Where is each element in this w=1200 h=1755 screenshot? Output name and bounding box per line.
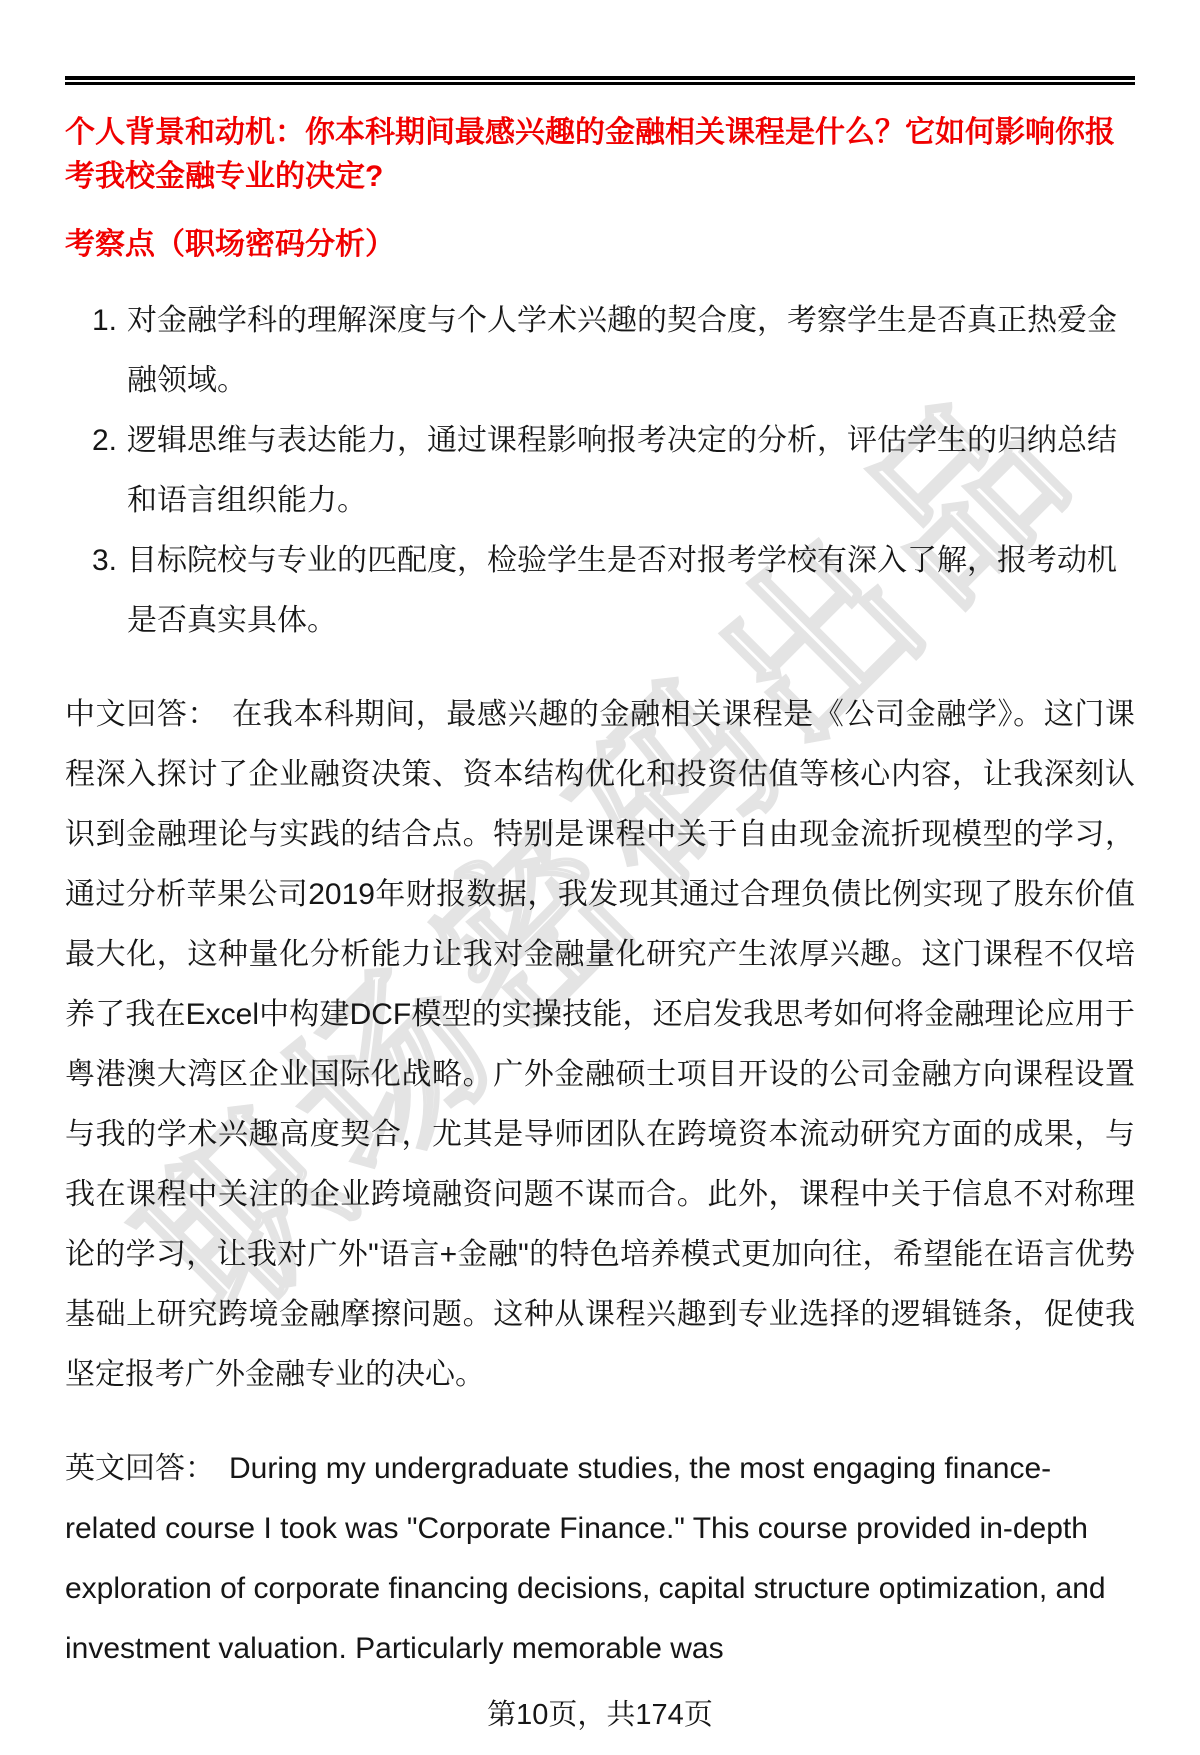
point-number: 2. — [92, 411, 117, 471]
question-title: 个人背景和动机：你本科期间最感兴趣的金融相关课程是什么？它如何影响你报考我校金融… — [65, 111, 1135, 199]
point-text: 目标院校与专业的匹配度，检验学生是否对报考学校有深入了解，报考动机是否真实具体。 — [127, 544, 1117, 637]
page-footer: 第10页，共174页 — [0, 1692, 1200, 1733]
point-number: 3. — [92, 531, 117, 591]
document-page: { "page": { "watermark": "职场密码出品", "ques… — [0, 0, 1200, 1755]
chinese-answer-text: 在我本科期间，最感兴趣的金融相关课程是《公司金融学》。这门课程深入探讨了企业融资… — [65, 698, 1135, 1391]
assessment-point-item: 2. 逻辑思维与表达能力，通过课程影响报考决定的分析，评估学生的归纳总结和语言组… — [65, 411, 1135, 531]
assessment-point-item: 1. 对金融学科的理解深度与个人学术兴趣的契合度，考察学生是否真正热爱金融领域。 — [65, 291, 1135, 411]
header-rule — [65, 76, 1135, 85]
point-number: 1. — [92, 291, 117, 351]
section-heading: 考察点（职场密码分析） — [65, 223, 1135, 267]
page-content: 个人背景和动机：你本科期间最感兴趣的金融相关课程是什么？它如何影响你报考我校金融… — [0, 76, 1200, 1679]
point-text: 对金融学科的理解深度与个人学术兴趣的契合度，考察学生是否真正热爱金融领域。 — [127, 304, 1117, 397]
assessment-point-item: 3. 目标院校与专业的匹配度，检验学生是否对报考学校有深入了解，报考动机是否真实… — [65, 531, 1135, 651]
english-answer-text: During my undergraduate studies, the mos… — [65, 1452, 1106, 1665]
english-answer-label: 英文回答： — [65, 1452, 215, 1485]
chinese-answer-paragraph: 中文回答：在我本科期间，最感兴趣的金融相关课程是《公司金融学》。这门课程深入探讨… — [65, 685, 1135, 1405]
point-text: 逻辑思维与表达能力，通过课程影响报考决定的分析，评估学生的归纳总结和语言组织能力… — [127, 424, 1117, 517]
assessment-points-list: 1. 对金融学科的理解深度与个人学术兴趣的契合度，考察学生是否真正热爱金融领域。… — [65, 291, 1135, 651]
chinese-answer-label: 中文回答： — [65, 698, 218, 731]
english-answer-paragraph: 英文回答：During my undergraduate studies, th… — [65, 1439, 1135, 1679]
